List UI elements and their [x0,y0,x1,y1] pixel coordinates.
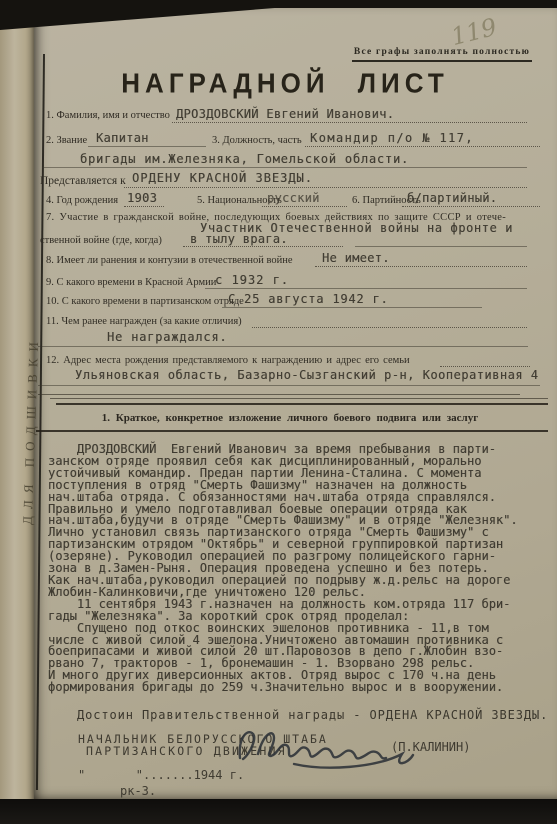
form-rule [50,398,548,399]
field9-label: 9. С какого времени в Красной Армии [46,277,216,288]
field6-value: б/партийный. [407,191,497,205]
scanned-award-sheet: ДЛЯ ПОДШИВКИ 119 Все графы заполнять пол… [0,0,557,824]
form-rule [172,122,527,123]
form-rule [402,206,540,207]
citation-body-text: ДРОЗДОВСКИЙ Евгений Иванович за время пр… [48,444,550,694]
document-title: НАГРАДНОЙ ЛИСТ [118,67,452,100]
form-rule [124,187,527,188]
field2-label: 2. Звание [46,135,87,146]
field7-label-line2: ственной войне (где, когда) [40,235,162,246]
field1-value: ДРОЗДОВСКИЙ Евгений Иванович. [176,107,394,121]
signatory-name: (П.КАЛИНИН) [391,740,470,754]
form-rule [38,385,540,386]
reference-code: рк-3. [120,784,156,798]
field8-value: Не имеет. [322,251,390,265]
field10-label: 10. С какого времени в партизанском отря… [46,296,244,307]
date-line: " ".......1944 г. [78,768,244,782]
form-rule [88,146,206,147]
field11-value: Не награждался. [107,330,227,344]
field11-label: 11. Чем ранее награжден (за какие отличи… [46,316,242,327]
form-rule [222,307,482,308]
field5-value: русский [267,191,320,205]
verdict-line: Достоин Правительственной награды - ОРДЕ… [77,708,548,722]
section-rule-bottom [36,430,548,432]
field4-value: 1903 [127,191,157,205]
field10-value: С 25 августа 1942 г. [228,292,389,306]
form-rule [262,206,347,207]
field1-label: 1. Фамилия, имя и отчество [46,110,170,121]
field3-value: Командир п/о № 117, [310,131,474,145]
field7-value-line2: в тылу врага. [190,232,288,246]
presented-to-label: Представляется к [40,175,126,187]
field3-label: 3. Должность, часть [212,135,302,146]
form-rule [38,394,520,395]
field12-value: Ульяновская область, Базарно-Сызганский … [75,368,538,382]
field2-value: Капитан [96,131,149,145]
form-rule [42,167,527,168]
form-rule [124,206,164,207]
field3-value-line2: бригады им.Железняка, Гомельской области… [80,152,409,166]
scan-bottom-shadow [0,799,557,824]
form-rule [440,366,530,367]
form-rule [305,146,540,147]
field12-label: 12. Адрес места рождения представляемого… [46,355,410,366]
form-rule [205,288,527,289]
section-rule-top [56,403,548,405]
form-rule [315,266,527,267]
field4-label: 4. Год рождения [46,195,118,206]
form-rule [38,346,528,347]
section-header: 1. Краткое, конкретное изложение личного… [60,412,520,424]
form-rule [252,327,527,328]
fill-instruction-stamp: Все графы заполнять полностью [352,47,532,62]
field8-label: 8. Имеет ли ранения и контузии в отечест… [46,255,292,266]
form-rule [183,246,343,247]
field9-value: с 1932 г. [215,273,289,287]
form-rule [355,246,527,247]
presented-to-value: ОРДЕНУ КРАСНОЙ ЗВЕЗДЫ. [132,171,313,185]
